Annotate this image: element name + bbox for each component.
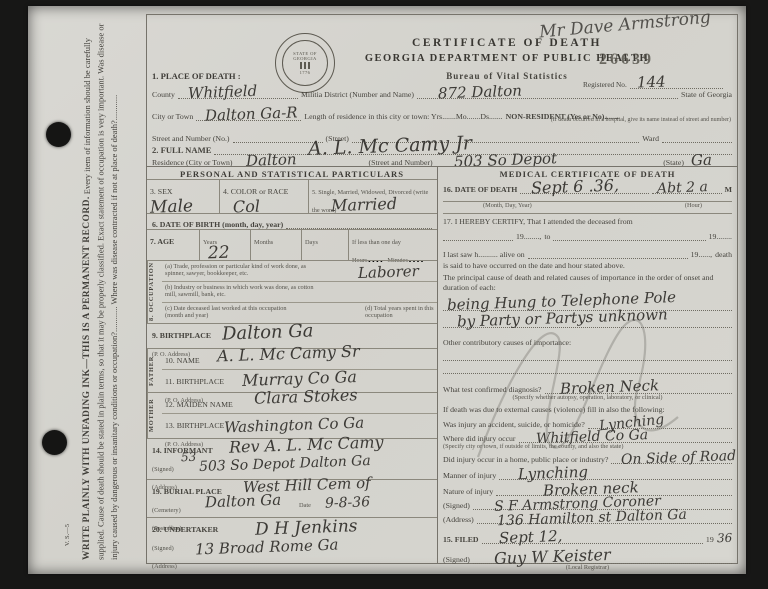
punch-hole-icon [42, 430, 67, 455]
father-block: FATHER 10. NAME A. L. Mc Camy Sr 11. BIR… [147, 348, 437, 392]
informant-addr-value: 503 So Depot Dalton Ga [199, 454, 371, 474]
date-of-death-field: 16. DATE OF DEATH Sept 6 .36, Abt 2 a M [443, 182, 732, 202]
occupation-trade-field: (a) Trade, profession or particular kind… [162, 261, 437, 281]
seal-text: STATE OF GEORGIA [283, 51, 327, 61]
dod-sub-date: (Month, Day, Year) [483, 202, 532, 209]
certify-statement: 17. I HEREBY CERTIFY, That I attended th… [443, 213, 732, 227]
birthplace-label: 9. BIRTHPLACE [152, 331, 211, 340]
last-saw-line: I last saw h.......... alive on 19......… [443, 247, 732, 259]
filed-year-pre: 19 [706, 535, 714, 544]
stamp-number: 26639 [599, 51, 654, 69]
father-side-label: FATHER [147, 349, 162, 392]
full-name-label: 2. FULL NAME [152, 145, 211, 155]
color-race-field: 4. COLOR or RACE Col [220, 180, 309, 213]
contributory-blank-1 [443, 348, 732, 361]
birthplace-value: Dalton Ga [222, 322, 314, 343]
cause-line-2: by Party or Partys unknown [443, 311, 732, 328]
form-box: STATE OF GEORGIA 1776 CERTIFICATE OF DEA… [146, 14, 738, 564]
county-label: County [152, 90, 175, 99]
age-months-label: Months [254, 239, 273, 246]
street-label: Street and Number (No.) [152, 134, 230, 143]
informant-block: 14. INFORMANT Rev A. L. Mc Camy (Signed)… [147, 438, 437, 479]
last-saw-death: death [715, 250, 732, 259]
filed-value: Sept 12, [499, 529, 563, 546]
filed-field: 15. FILED Sept 12, 1936 [443, 532, 732, 544]
sex-race-marital-row: 3. SEX Male 4. COLOR or RACE Col 5. Sing… [147, 179, 437, 213]
age-years-field: Years 22 [200, 230, 251, 260]
residence-length-label: Length of residence in this city or town… [304, 112, 502, 121]
registrar-sub: (Local Registrar) [443, 564, 732, 571]
informant-extra: 53 [181, 451, 197, 464]
burial-date-label: Date [299, 502, 311, 509]
father-bp-label: 11. BIRTHPLACE [165, 377, 224, 386]
age-label: 7. AGE [150, 237, 174, 246]
certify-year1: 19........, [516, 232, 541, 241]
undertaker-addr-value: 13 Broad Rome Ga [195, 538, 339, 558]
city-value: Dalton Ga-R [205, 105, 298, 123]
mother-name-field: 12. MAIDEN NAME Clara Stokes [162, 393, 437, 413]
dod-sub-hour: (Hour) [685, 202, 702, 209]
burial-block: 19. BURIAL PLACE West Hill Cem of (Cemet… [147, 479, 437, 517]
certificate-title: CERTIFICATE OF DEATH [357, 37, 657, 49]
occupation-trade-label: (a) Trade, profession or particular kind… [165, 263, 315, 277]
where-value: Whitfield Co Ga [535, 428, 648, 446]
accident-label: Was injury an accident, suicide, or homi… [443, 420, 585, 429]
contributory-label: Other contributory causes of importance: [443, 338, 732, 348]
form-code: V. S.—5 [64, 524, 71, 546]
burial-po-value: Dalton Ga [205, 493, 282, 511]
burial-cemetery-label: (Cemetery) [152, 507, 181, 514]
father-name-label: 10. NAME [165, 356, 200, 365]
undertaker-signed-label: (Signed) [152, 545, 174, 552]
test-label: What test confirmed diagnosis? [443, 385, 542, 394]
seal-pillars-icon [300, 62, 310, 69]
last-saw-cont: is said to have occurred on the date and… [443, 261, 732, 271]
undertaker-label: 20. UNDERTAKER [152, 525, 218, 534]
punch-hole-icon [46, 122, 71, 147]
undertaker-addr-label: (Address) [152, 563, 177, 570]
state-of-georgia-label: State of Georgia [681, 90, 732, 99]
mother-block: MOTHER 12. MAIDEN NAME Clara Stokes 13. … [147, 392, 437, 438]
margin-instructions: WRITE PLAINLY WITH UNFADING INK—THIS IS … [80, 20, 142, 560]
district-value: 872 Dalton [438, 84, 522, 102]
occupation-side-label: 8. OCCUPATION [147, 261, 162, 323]
last-saw-label: I last saw h.......... alive on [443, 250, 525, 259]
dob-label: 6. DATE OF BIRTH (month, day, year) [152, 220, 283, 229]
marital-value: Married [331, 196, 398, 214]
home-value: On Side of Road [621, 449, 736, 467]
ward-label: Ward [642, 134, 659, 143]
occupation-trade-value: Laborer [358, 264, 419, 281]
nature-field: Nature of injury Broken neck [443, 484, 732, 496]
last-saw-year: 19......, [691, 250, 712, 259]
filed-year-value: 36 [717, 531, 733, 544]
certify-dates-line: 19........, to 19........ [443, 229, 732, 241]
external-label: If death was due to external causes (vio… [443, 405, 732, 415]
county-value: Whitfield [187, 84, 257, 101]
mother-name-label: 12. MAIDEN NAME [165, 400, 233, 409]
manner-value: Lynching [518, 465, 588, 482]
dod-label: 16. DATE OF DEATH [443, 185, 517, 194]
father-name-value: A. L. Mc Camy Sr [217, 344, 360, 365]
certificate-paper: WRITE PLAINLY WITH UNFADING INK—THIS IS … [28, 6, 746, 574]
medical-certificate-column: 16. DATE OF DEATH Sept 6 .36, Abt 2 a M … [438, 179, 737, 563]
district-label: Militia District (Number and Name) [301, 90, 414, 99]
coroner-addr-field: (Address) 136 Hamilton st Dalton Ga [443, 512, 732, 524]
undertaker-block: 20. UNDERTAKER (Signed) D H Jenkins (Add… [147, 517, 437, 574]
manner-field: Manner of injury Lynching [443, 468, 732, 480]
personal-particulars-column: 3. SEX Male 4. COLOR or RACE Col 5. Sing… [147, 179, 438, 563]
certify-year2: 19........ [709, 232, 732, 241]
accident-field: Was injury an accident, suicide, or homi… [443, 417, 732, 429]
test-value: Broken Neck [559, 378, 659, 396]
georgia-state-seal-icon: STATE OF GEORGIA 1776 [275, 33, 335, 93]
dod-value: Sept 6 .36, [530, 177, 618, 196]
county-line: County Whitfield Militia District (Numbe… [147, 87, 737, 99]
date-of-birth-row: 6. DATE OF BIRTH (month, day, year) [147, 213, 437, 229]
occupation-row: 8. OCCUPATION (a) Trade, profession or p… [147, 260, 437, 323]
dod-hour-value: Abt 2 a [657, 180, 708, 196]
informant-signed-label: (Signed) [152, 466, 174, 473]
occupation-lastworked-label: (c) Date deceased last worked at this oc… [165, 305, 293, 319]
place-of-death-heading: 1. PLACE OF DEATH : [152, 71, 241, 81]
seal-year: 1776 [300, 70, 311, 75]
full-name-line: 2. FULL NAME A. L. Mc Camy Jr [147, 143, 737, 155]
manner-label: Manner of injury [443, 471, 496, 480]
occupation-totalyears-label: (d) Total years spent in this occupation [365, 305, 435, 319]
occupation-industry-label: (b) Industry or business in which work w… [165, 284, 325, 298]
occupation-industry-field: (b) Industry or business in which work w… [162, 281, 437, 302]
registrar-value: Guy W Keister [493, 547, 610, 567]
father-name-field: 10. NAME A. L. Mc Camy Sr [162, 349, 437, 369]
filed-label: 15. FILED [443, 535, 479, 544]
death-certificate-scan: WRITE PLAINLY WITH UNFADING INK—THIS IS … [0, 0, 768, 589]
coroner-signed-label: (Signed) [443, 501, 470, 510]
dod-m-label: M [725, 185, 732, 194]
margin-instructions-bold: WRITE PLAINLY WITH UNFADING INK—THIS IS … [82, 196, 92, 560]
age-days-label: Days [305, 239, 318, 246]
mother-bp-value: Washington Co Ga [224, 416, 365, 436]
certify-to: to [544, 232, 550, 241]
where-label: Where did injury occur [443, 434, 516, 443]
test-field: What test confirmed diagnosis? Broken Ne… [443, 382, 732, 394]
age-row: 7. AGE Years 22 Months Days If less than… [147, 229, 437, 260]
coroner-signed-field: (Signed) S F Armstrong Coroner [443, 498, 732, 510]
mother-bp-label: 13. BIRTHPLACE [165, 421, 224, 430]
sex-label: 3. SEX [150, 187, 173, 196]
occupation-dates-field: (c) Date deceased last worked at this oc… [162, 302, 437, 323]
mother-side-label: MOTHER [147, 393, 162, 438]
contributory-blank-2 [443, 361, 732, 374]
burial-date-value: 9-8-36 [325, 495, 371, 511]
city-label: City or Town [152, 112, 193, 121]
nature-label: Nature of injury [443, 487, 493, 496]
registrar-field: (Signed) Guy W Keister [443, 552, 732, 564]
marital-field: 5. Single, Married, Widowed, Divorced (w… [309, 180, 437, 213]
mother-name-value: Clara Stokes [254, 387, 358, 407]
sex-field: 3. SEX Male [147, 180, 220, 213]
hospital-note: (If death occurred in a hospital, give i… [551, 117, 731, 123]
color-race-label: 4. COLOR or RACE [223, 187, 288, 196]
registrar-signed-label: (Signed) [443, 555, 470, 564]
age-less-label: If less than one day [352, 239, 401, 246]
where-field: Where did injury occur Whitfield Co Ga [443, 431, 732, 443]
coroner-addr-label: (Address) [443, 515, 474, 524]
